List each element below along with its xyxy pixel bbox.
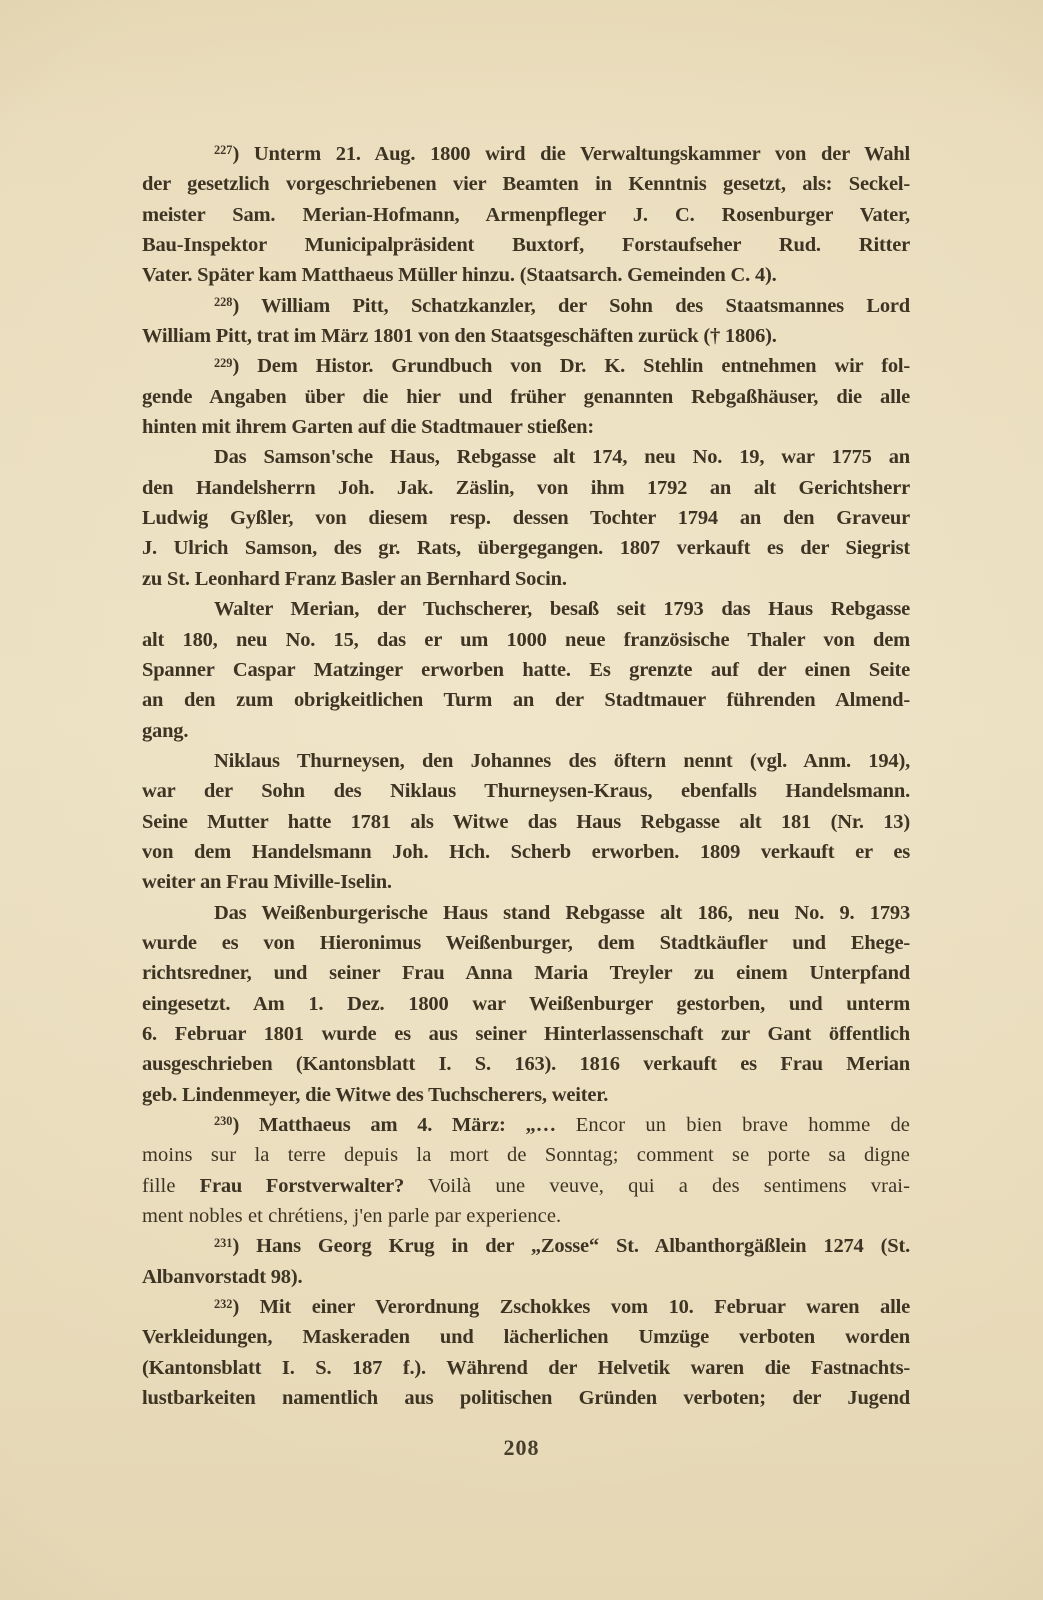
text-line: Walter Merian, der Tuchscherer, besaß se…	[142, 594, 910, 624]
text-segment: wurde es von Hieronimus Weißenburger, de…	[142, 932, 910, 954]
text-line: war der Sohn des Niklaus Thurneysen-Krau…	[142, 776, 910, 806]
text-line: 229) Dem Histor. Grundbuch von Dr. K. St…	[142, 351, 910, 381]
text-line: ausgeschrieben (Kantonsblatt I. S. 163).…	[142, 1049, 910, 1079]
text-line: fille Frau Forstverwalter? Voilà une veu…	[142, 1171, 910, 1201]
text-line: 228) William Pitt, Schatzkanzler, der So…	[142, 291, 910, 321]
text-line: eingesetzt. Am 1. Dez. 1800 war Weißenbu…	[142, 989, 910, 1019]
page-number: 208	[0, 1435, 1043, 1461]
text-segment: ausgeschrieben (Kantonsblatt I. S. 163).…	[142, 1053, 910, 1075]
text-line: Seine Mutter hatte 1781 als Witwe das Ha…	[142, 807, 910, 837]
footnote-marker: 231	[214, 1236, 232, 1250]
text-segment: alt 180, neu No. 15, das er um 1000 neue…	[142, 629, 910, 651]
text-line: Bau-Inspektor Municipalpräsident Buxtorf…	[142, 230, 910, 260]
text-segment: den Handelsherrn Joh. Jak. Zäslin, von i…	[142, 477, 910, 499]
text-segment: Spanner Caspar Matzinger erworben hatte.…	[142, 659, 910, 681]
text-segment: ) Matthaeus am 4. März: „…	[232, 1114, 575, 1136]
text-segment: moins sur la terre depuis la mort de Son…	[142, 1144, 910, 1166]
text-segment: ) Hans Georg Krug in der „Zosse“ St. Alb…	[232, 1235, 910, 1257]
text-line: J. Ulrich Samson, des gr. Rats, übergega…	[142, 533, 910, 563]
text-line: hinten mit ihrem Garten auf die Stadtmau…	[142, 412, 910, 442]
text-line: moins sur la terre depuis la mort de Son…	[142, 1140, 910, 1170]
text-line: gang.	[142, 716, 910, 746]
text-segment: gang.	[142, 720, 188, 742]
text-line: Niklaus Thurneysen, den Johannes des öft…	[142, 746, 910, 776]
text-segment: Walter Merian, der Tuchscherer, besaß se…	[214, 598, 910, 620]
text-line: weiter an Frau Miville-Iselin.	[142, 867, 910, 897]
text-line: Vater. Später kam Matthaeus Müller hinzu…	[142, 260, 910, 290]
text-segment: Niklaus Thurneysen, den Johannes des öft…	[214, 750, 910, 772]
text-segment: an den zum obrigkeitlichen Turm an der S…	[142, 689, 910, 711]
text-segment: Encor un bien brave homme de	[576, 1114, 910, 1136]
text-segment: J. Ulrich Samson, des gr. Rats, übergega…	[142, 537, 910, 559]
footnote-marker: 230	[214, 1114, 232, 1128]
text-segment: meister Sam. Merian-Hofmann, Armenpflege…	[142, 204, 910, 226]
text-segment: ) Unterm 21. Aug. 1800 wird die Verwaltu…	[232, 143, 910, 165]
text-segment: ment nobles et chrétiens, j'en parle par…	[142, 1205, 561, 1227]
text-line: geb. Lindenmeyer, die Witwe des Tuchsche…	[142, 1080, 910, 1110]
text-segment: ) William Pitt, Schatzkanzler, der Sohn …	[232, 295, 910, 317]
text-segment: (Kantonsblatt I. S. 187 f.). Während der…	[142, 1357, 910, 1379]
text-line: Verkleidungen, Maskeraden und lächerlich…	[142, 1322, 910, 1352]
text-line: 231) Hans Georg Krug in der „Zosse“ St. …	[142, 1231, 910, 1261]
text-segment: Bau-Inspektor Municipalpräsident Buxtorf…	[142, 234, 910, 256]
text-segment: Ludwig Gyßler, von diesem resp. dessen T…	[142, 507, 910, 529]
text-line: von dem Handelsmann Joh. Hch. Scherb erw…	[142, 837, 910, 867]
text-line: Das Weißenburgerische Haus stand Rebgass…	[142, 898, 910, 928]
text-segment: richtsredner, und seiner Frau Anna Maria…	[142, 962, 910, 984]
text-segment: Seine Mutter hatte 1781 als Witwe das Ha…	[142, 811, 910, 833]
text-line: an den zum obrigkeitlichen Turm an der S…	[142, 685, 910, 715]
text-segment: Frau Forstverwalter?	[200, 1175, 404, 1197]
footnote-marker: 228	[214, 295, 232, 309]
text-line: gende Angaben über die hier und früher g…	[142, 382, 910, 412]
text-line: Das Samson'sche Haus, Rebgasse alt 174, …	[142, 442, 910, 472]
text-segment: Vater. Später kam Matthaeus Müller hinzu…	[142, 264, 777, 286]
text-segment: ) Dem Histor. Grundbuch von Dr. K. Stehl…	[232, 355, 910, 377]
text-line: Spanner Caspar Matzinger erworben hatte.…	[142, 655, 910, 685]
footnote-marker: 232	[214, 1297, 232, 1311]
text-line: 232) Mit einer Verordnung Zschokkes vom …	[142, 1292, 910, 1322]
text-segment: Das Weißenburgerische Haus stand Rebgass…	[214, 902, 910, 924]
text-segment: eingesetzt. Am 1. Dez. 1800 war Weißenbu…	[142, 993, 910, 1015]
text-line: meister Sam. Merian-Hofmann, Armenpflege…	[142, 200, 910, 230]
text-segment: hinten mit ihrem Garten auf die Stadtmau…	[142, 416, 594, 438]
text-line: den Handelsherrn Joh. Jak. Zäslin, von i…	[142, 473, 910, 503]
text-segment: William Pitt, trat im März 1801 von den …	[142, 325, 777, 347]
text-segment: Voilà une veuve, qui a des sentimens vra…	[404, 1175, 910, 1197]
text-segment: Das Samson'sche Haus, Rebgasse alt 174, …	[214, 446, 910, 468]
text-line: 6. Februar 1801 wurde es aus seiner Hint…	[142, 1019, 910, 1049]
text-segment: lustbarkeiten namentlich aus politischen…	[142, 1387, 910, 1409]
text-line: alt 180, neu No. 15, das er um 1000 neue…	[142, 625, 910, 655]
text-segment: weiter an Frau Miville-Iselin.	[142, 871, 392, 893]
text-segment: Albanvorstadt 98).	[142, 1266, 302, 1288]
footnote-marker: 227	[214, 143, 232, 157]
text-line: lustbarkeiten namentlich aus politischen…	[142, 1383, 910, 1413]
text-line: 230) Matthaeus am 4. März: „… Encor un b…	[142, 1110, 910, 1140]
text-line: der gesetzlich vorgeschriebenen vier Bea…	[142, 169, 910, 199]
text-line: Albanvorstadt 98).	[142, 1262, 910, 1292]
text-line: zu St. Leonhard Franz Basler an Bernhard…	[142, 564, 910, 594]
book-page: 227) Unterm 21. Aug. 1800 wird die Verwa…	[0, 0, 1043, 1600]
text-line: wurde es von Hieronimus Weißenburger, de…	[142, 928, 910, 958]
text-segment: war der Sohn des Niklaus Thurneysen-Krau…	[142, 780, 910, 802]
footnotes-text-block: 227) Unterm 21. Aug. 1800 wird die Verwa…	[142, 139, 910, 1413]
text-segment: geb. Lindenmeyer, die Witwe des Tuchsche…	[142, 1084, 608, 1106]
text-line: 227) Unterm 21. Aug. 1800 wird die Verwa…	[142, 139, 910, 169]
text-segment: ) Mit einer Verordnung Zschokkes vom 10.…	[232, 1296, 910, 1318]
text-line: Ludwig Gyßler, von diesem resp. dessen T…	[142, 503, 910, 533]
footnote-marker: 229	[214, 356, 232, 370]
text-segment: zu St. Leonhard Franz Basler an Bernhard…	[142, 568, 567, 590]
text-line: (Kantonsblatt I. S. 187 f.). Während der…	[142, 1353, 910, 1383]
text-segment: 6. Februar 1801 wurde es aus seiner Hint…	[142, 1023, 910, 1045]
text-line: ment nobles et chrétiens, j'en parle par…	[142, 1201, 910, 1231]
text-segment: von dem Handelsmann Joh. Hch. Scherb erw…	[142, 841, 910, 863]
text-line: William Pitt, trat im März 1801 von den …	[142, 321, 910, 351]
text-line: richtsredner, und seiner Frau Anna Maria…	[142, 958, 910, 988]
text-segment: gende Angaben über die hier und früher g…	[142, 386, 910, 408]
text-segment: der gesetzlich vorgeschriebenen vier Bea…	[142, 173, 910, 195]
text-segment: Verkleidungen, Maskeraden und lächerlich…	[142, 1326, 910, 1348]
text-segment: fille	[142, 1175, 200, 1197]
